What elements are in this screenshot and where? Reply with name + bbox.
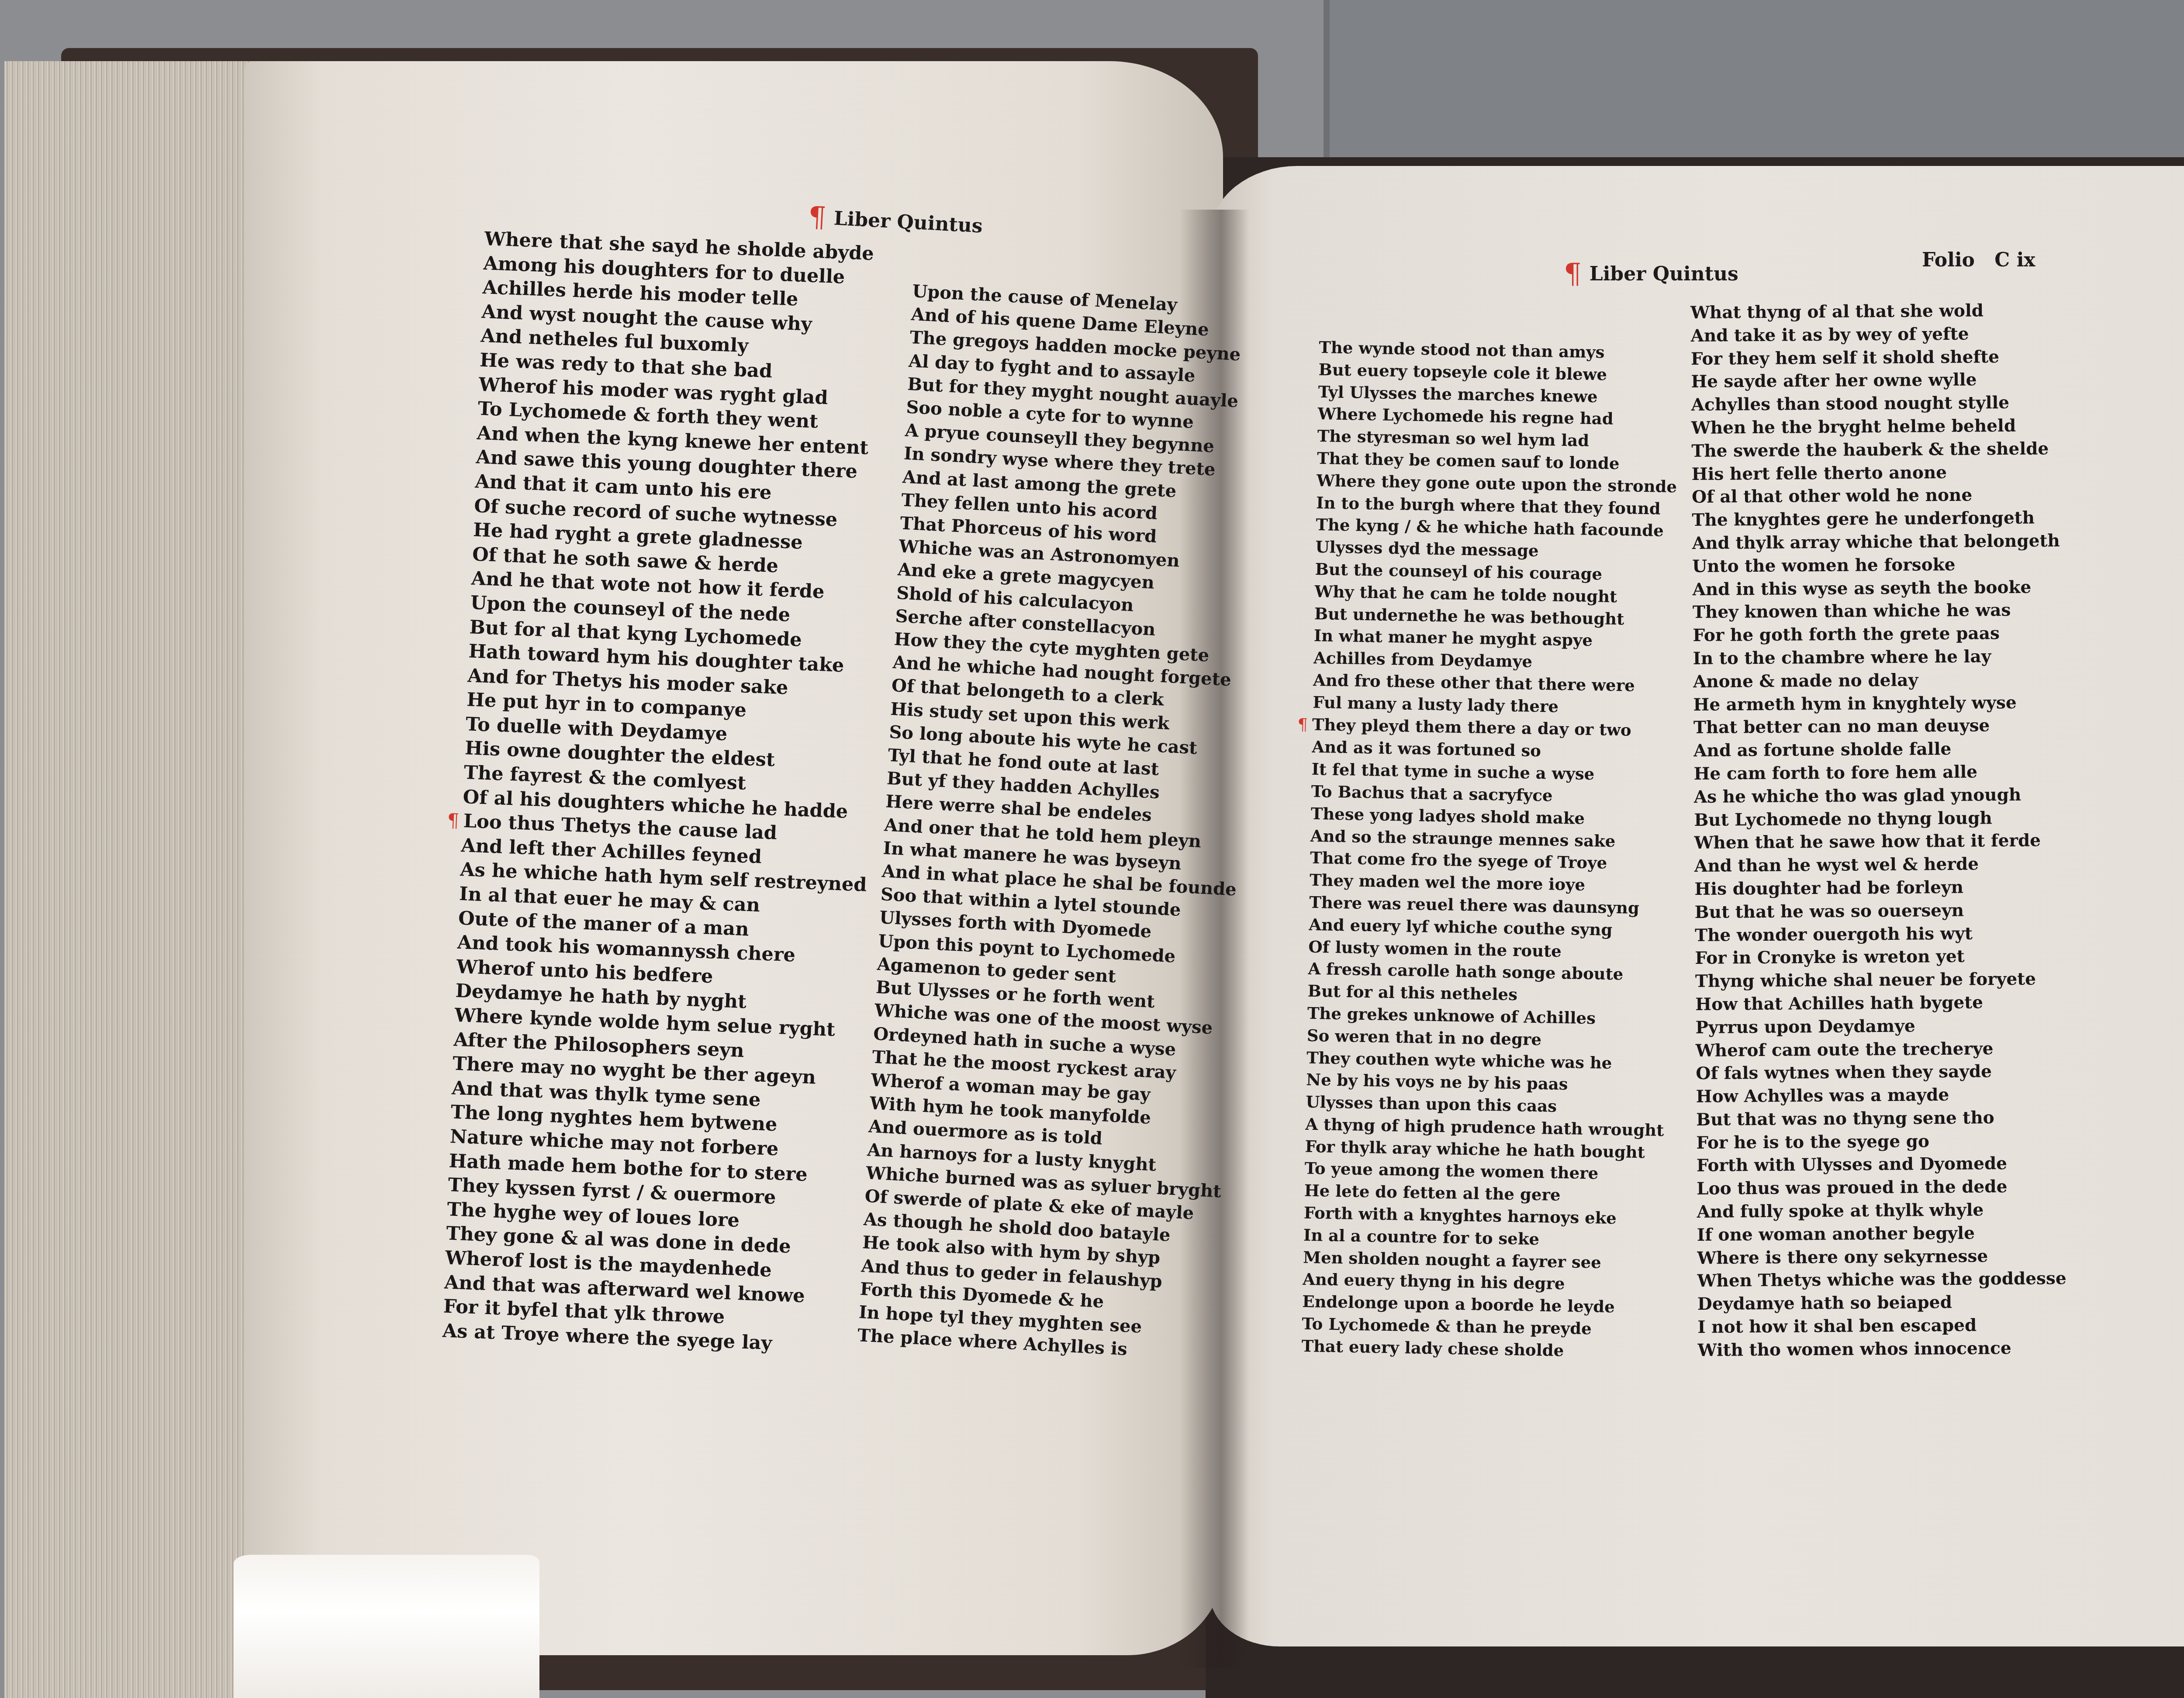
verse-text: If one woman another begyle bbox=[1697, 1223, 1975, 1245]
verse-line: The swerde the hauberk & the shelde bbox=[1691, 437, 2060, 463]
verse-text: For he is to the syege go bbox=[1696, 1131, 1929, 1153]
verse-text: And euery lyf whiche couthe syng bbox=[1309, 915, 1613, 939]
verse-text: His hert felle therto anone bbox=[1692, 462, 1947, 484]
verse-line: But Lychomede no thyng lough bbox=[1694, 806, 2063, 832]
verse-text: They pleyd them there a day or two bbox=[1312, 714, 1632, 739]
verse-text: Thyng whiche shal neuer be foryete bbox=[1695, 969, 2036, 991]
verse-text: And than he wyst wel & herde bbox=[1694, 854, 1979, 877]
verse-text: And as it was fortuned so bbox=[1312, 737, 1541, 760]
verse-text: And take it as by wey of yefte bbox=[1690, 324, 1969, 345]
verse-text: And fro these other that there were bbox=[1313, 670, 1635, 695]
verse-line: Unto the women he forsoke bbox=[1692, 552, 2061, 578]
verse-line: He cam forth to fore hem alle bbox=[1693, 760, 2063, 786]
verse-line: If one woman another begyle bbox=[1697, 1221, 2066, 1247]
verse-text: How Achylles was a mayde bbox=[1696, 1085, 1949, 1107]
verse-line: When that he sawe how that it ferde bbox=[1694, 829, 2063, 855]
verse-text: Ne by his voys ne by his paas bbox=[1306, 1070, 1568, 1094]
verse-text: He cam forth to fore hem alle bbox=[1693, 762, 1977, 784]
verse-text: For in Cronyke is wreton yet bbox=[1695, 946, 1965, 968]
verse-line: They knowen than whiche he was bbox=[1693, 598, 2062, 624]
verse-text: As he whiche tho was glad ynough bbox=[1694, 784, 2022, 807]
verse-text: Of al that other wold he none bbox=[1692, 485, 1972, 507]
verse-text: Ful many a lusty lady there bbox=[1313, 693, 1559, 716]
verse-line: He armeth hym in knyghtely wyse bbox=[1693, 691, 2062, 717]
verse-line: The wonder ouergoth his wyt bbox=[1695, 921, 2064, 947]
verse-text: Where Lychomede his regne had bbox=[1318, 404, 1614, 428]
verse-line: For he is to the syege go bbox=[1696, 1129, 2065, 1155]
verse-text: So weren that in no degre bbox=[1307, 1025, 1542, 1049]
folio-label: Folio bbox=[1922, 249, 1975, 271]
verse-text: When Thetys whiche was the goddesse bbox=[1697, 1269, 2067, 1291]
verse-text: Wherof cam oute the trecherye bbox=[1696, 1039, 1994, 1061]
verse-line: And fully spoke at thylk whyle bbox=[1697, 1198, 2066, 1224]
verse-line: And than he wyst wel & herde bbox=[1694, 852, 2063, 878]
verse-line: He sayde after her owne wylle bbox=[1691, 368, 2060, 393]
verse-line: Anone & made no delay bbox=[1693, 668, 2062, 694]
verse-line: Pyrrus upon Deydamye bbox=[1695, 1014, 2064, 1039]
verse-line: And take it as by wey of yefte bbox=[1690, 322, 2060, 348]
running-head-text: Liber Quintus bbox=[833, 207, 983, 238]
verse-line: But that was no thyng sene tho bbox=[1696, 1106, 2065, 1132]
verse-line: Forth with Ulysses and Dyomede bbox=[1697, 1152, 2066, 1178]
verse-text: With tho women whos innocence bbox=[1698, 1338, 2011, 1360]
verse-text: But undernethe he was bethought bbox=[1314, 604, 1624, 628]
verse-line: His doughter had be forleyn bbox=[1694, 875, 2063, 901]
verse-text: Of fals wytnes when they sayde bbox=[1696, 1062, 1992, 1084]
verse-text: When that he sawe how that it ferde bbox=[1694, 831, 2041, 853]
verse-text: Of lusty women in the route bbox=[1308, 937, 1562, 960]
verse-text: Unto the women he forsoke bbox=[1692, 555, 1956, 576]
verse-text: The styresman so wel hym lad bbox=[1317, 426, 1590, 450]
verse-text: To yeue among the women there bbox=[1304, 1159, 1598, 1183]
left-page-column-2: Upon the cause of MenelayAnd of his quen… bbox=[857, 280, 1268, 1366]
verse-line: For in Cronyke is wreton yet bbox=[1695, 944, 2064, 970]
verse-text: They couthen wyte whiche was he bbox=[1306, 1048, 1612, 1072]
verse-text: His doughter had be forleyn bbox=[1694, 877, 1963, 899]
verse-text: Achilles from Deydamye bbox=[1313, 648, 1533, 671]
verse-text: And euery thyng in his degre bbox=[1303, 1270, 1565, 1293]
verse-line: Where is there ony sekyrnesse bbox=[1697, 1244, 2066, 1270]
verse-line: And as fortune sholde falle bbox=[1693, 737, 2063, 763]
verse-line: What thyng of al that she wold bbox=[1690, 299, 2060, 324]
book-support-pad bbox=[234, 1555, 539, 1698]
right-page-column-1: The wynde stood not than amysBut euery t… bbox=[1301, 336, 1679, 1363]
verse-text: But that he was so ouerseyn bbox=[1695, 900, 1964, 922]
verse-text: To Bachus that a sacryfyce bbox=[1311, 782, 1552, 805]
verse-line: As he whiche tho was glad ynough bbox=[1694, 783, 2063, 809]
pilcrow-icon: ¶ bbox=[807, 201, 827, 234]
verse-line: Achylles than stood nought stylle bbox=[1691, 391, 2060, 417]
verse-text: But euery topseyle cole it blewe bbox=[1318, 360, 1607, 384]
verse-text: To Lychomede & than he preyde bbox=[1302, 1314, 1592, 1339]
verse-line: Of al that other wold he none bbox=[1692, 483, 2061, 509]
verse-text: They maden wel the more ioye bbox=[1310, 870, 1586, 894]
right-running-head: ¶Liber Quintus bbox=[1564, 258, 1738, 290]
verse-text: But Lychomede no thyng lough bbox=[1694, 808, 1992, 830]
folio-value: C ix bbox=[1994, 249, 2035, 271]
verse-text: That come fro the syege of Troye bbox=[1310, 848, 1607, 873]
verse-text: He sayde after her owne wylle bbox=[1691, 370, 1977, 392]
verse-line: But that he was so ouerseyn bbox=[1695, 898, 2064, 924]
verse-text: Forth with Ulysses and Dyomede bbox=[1697, 1153, 2008, 1176]
verse-text: For they hem self it shold shefte bbox=[1691, 347, 2000, 369]
verse-text: These yong ladyes shold make bbox=[1311, 804, 1585, 828]
verse-text: And as fortune sholde falle bbox=[1693, 739, 1951, 761]
verse-line: How that Achilles hath bygete bbox=[1695, 990, 2064, 1016]
left-page-column-1: Where that she sayd he sholde abydeAmong… bbox=[442, 227, 892, 1359]
verse-text: The knyghtes gere he underfongeth bbox=[1692, 508, 2035, 530]
verse-line: Loo thus was proued in the dede bbox=[1697, 1175, 2066, 1201]
verse-text: In what maner he myght aspye bbox=[1314, 626, 1593, 650]
verse-text: Forth with a knyghtes harnoys eke bbox=[1304, 1203, 1617, 1228]
verse-text: But for al this netheles bbox=[1307, 981, 1517, 1004]
verse-text: Ulysses dyd the message bbox=[1315, 537, 1539, 560]
verse-text: The grekes unknowe of Achilles bbox=[1307, 1004, 1596, 1028]
verse-text: The swerde the hauberk & the shelde bbox=[1691, 438, 2049, 461]
verse-text: But the counseyl of his courage bbox=[1315, 559, 1602, 583]
verse-text: A fressh carolle hath songe aboute bbox=[1308, 959, 1623, 984]
verse-text: When he the bryght helme beheld bbox=[1691, 416, 2016, 438]
verse-text: And thylk array whiche that belongeth bbox=[1692, 531, 2060, 553]
verse-line: The knyghtes gere he underfongeth bbox=[1692, 506, 2061, 532]
verse-text: In al a countre for to seke bbox=[1303, 1225, 1540, 1249]
verse-line: That better can no man deuyse bbox=[1693, 714, 2063, 739]
verse-line: I not how it shal ben escaped bbox=[1697, 1313, 2067, 1339]
verse-text: But that was no thyng sene tho bbox=[1696, 1108, 1994, 1130]
verse-text: What thyng of al that she wold bbox=[1690, 300, 1984, 323]
verse-text: That they be comen sauf to londe bbox=[1317, 449, 1620, 473]
verse-line: With tho women whos innocence bbox=[1698, 1336, 2067, 1362]
verse-text: The wonder ouergoth his wyt bbox=[1695, 923, 1973, 945]
verse-line: Wherof cam oute the trecherye bbox=[1696, 1037, 2065, 1063]
verse-line: Thyng whiche shal neuer be foryete bbox=[1695, 967, 2064, 993]
pilcrow-icon: ¶ bbox=[1564, 258, 1582, 290]
verse-text: Where is there ony sekyrnesse bbox=[1697, 1246, 1988, 1268]
right-page-column-2: What thyng of al that she woldAnd take i… bbox=[1690, 299, 2067, 1362]
pilcrow-icon: ¶ bbox=[447, 810, 460, 832]
verse-line: For he goth forth the grete paas bbox=[1693, 621, 2062, 647]
verse-line: For they hem self it shold shefte bbox=[1691, 345, 2060, 371]
verse-line: And in this wyse as seyth the booke bbox=[1692, 576, 2061, 601]
verse-line: When he the bryght helme beheld bbox=[1691, 414, 2060, 440]
verse-text: Achylles than stood nought stylle bbox=[1691, 393, 2009, 415]
verse-text: Why that he cam he tolde nought bbox=[1314, 582, 1617, 606]
verse-text: For he goth forth the grete paas bbox=[1693, 623, 2000, 645]
verse-text: Pyrrus upon Deydamye bbox=[1695, 1016, 1915, 1038]
verse-line: When Thetys whiche was the goddesse bbox=[1697, 1267, 2066, 1293]
verse-text: How that Achilles hath bygete bbox=[1695, 992, 1983, 1015]
verse-text: Tyl Ulysses the marches knewe bbox=[1318, 382, 1597, 406]
verse-text: I not how it shal ben escaped bbox=[1697, 1315, 1977, 1337]
verse-text: Deydamye hath so beiaped bbox=[1697, 1292, 1952, 1314]
verse-line: His hert felle therto anone bbox=[1692, 460, 2061, 486]
verse-line: In to the chambre where he lay bbox=[1693, 645, 2062, 670]
verse-text: That euery lady chese sholde bbox=[1301, 1336, 1564, 1360]
verse-text: And fully spoke at thylk whyle bbox=[1697, 1200, 1984, 1222]
running-head-text: Liber Quintus bbox=[1590, 263, 1738, 285]
pilcrow-icon: ¶ bbox=[1297, 715, 1308, 734]
verse-text: In to the chambre where he lay bbox=[1693, 646, 1991, 669]
verse-text: And in this wyse as seyth the booke bbox=[1692, 577, 2031, 599]
verse-line: Of fals wytnes when they sayde bbox=[1696, 1060, 2065, 1085]
folio-number: Folio C ix bbox=[1922, 249, 2035, 271]
verse-line: And thylk array whiche that belongeth bbox=[1692, 529, 2061, 555]
verse-line: Deydamye hath so beiaped bbox=[1697, 1290, 2067, 1316]
verse-line: How Achylles was a mayde bbox=[1696, 1083, 2065, 1108]
verse-text: They knowen than whiche he was bbox=[1693, 600, 2011, 622]
verse-text: That better can no man deuyse bbox=[1693, 716, 1990, 738]
verse-text: Anone & made no delay bbox=[1693, 670, 1918, 692]
verse-text: Ulysses than upon this caas bbox=[1306, 1092, 1557, 1116]
verse-text: The wynde stood not than amys bbox=[1319, 338, 1605, 362]
verse-text: He armeth hym in knyghtely wyse bbox=[1693, 692, 2017, 714]
verse-text: Endelonge upon a boorde he leyde bbox=[1302, 1292, 1615, 1316]
verse-text: Men sholden nought a fayrer see bbox=[1303, 1247, 1601, 1272]
verse-text: Loo thus was proued in the dede bbox=[1697, 1177, 2007, 1199]
verse-text: He lete do fetten al the gere bbox=[1304, 1181, 1560, 1204]
verse-text: It fel that tyme in suche a wyse bbox=[1311, 759, 1594, 783]
verse-text: And so the straunge mennes sake bbox=[1310, 826, 1616, 850]
verse-text: There was reuel there was daunsyng bbox=[1309, 893, 1639, 918]
